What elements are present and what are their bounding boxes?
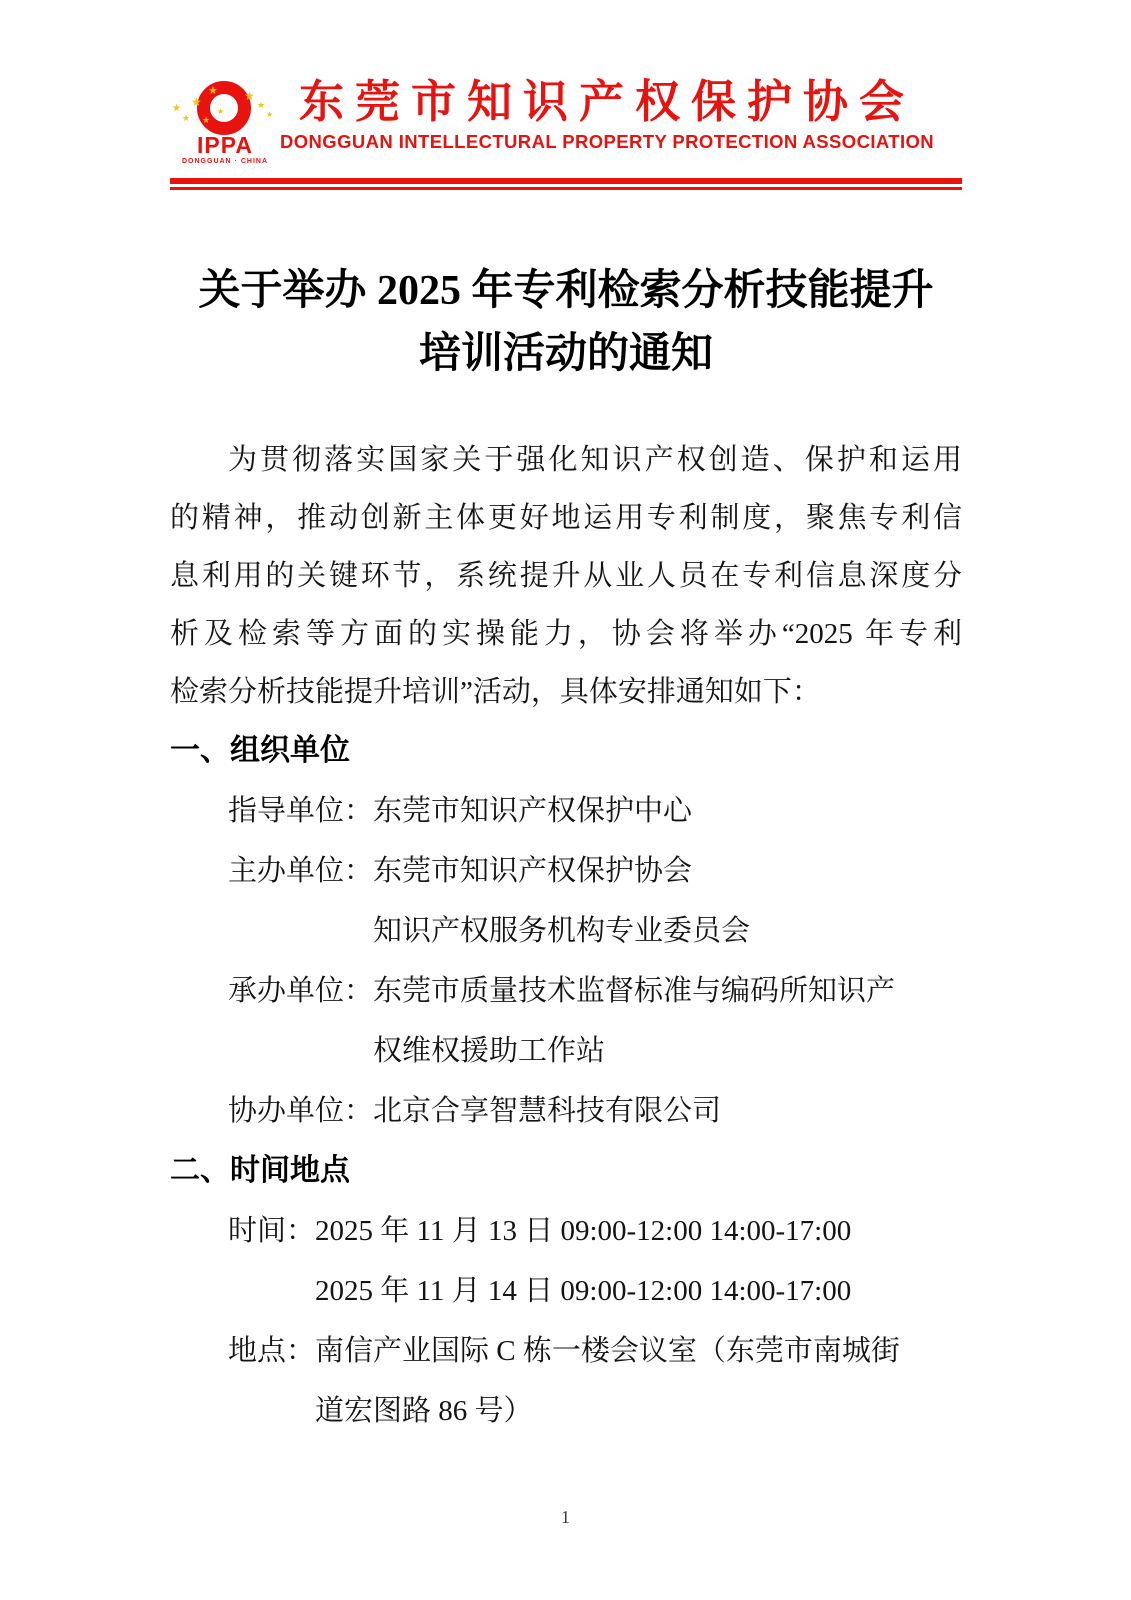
row-value: 东莞市知识产权保护中心 — [373, 795, 692, 827]
row-value: 权维权援助工作站 — [373, 1035, 605, 1067]
document-body: 为贯彻落实国家关于强化知识产权创造、保护和运用 的精神，推动创新主体更好地运用专… — [170, 431, 962, 1441]
org-row-coorganizer: 协办单位：北京合享智慧科技有限公司 — [170, 1081, 962, 1141]
row-label: 主办单位： — [228, 855, 373, 887]
schedule-row-time-day2: 2025 年 11 月 14 日 09:00-12:00 14:00-17:00 — [170, 1261, 962, 1321]
star-icon: ★ — [191, 96, 202, 108]
intro-line: 析及检索等方面的实操能力，协会将举办“2025 年专利 — [170, 605, 962, 663]
row-value: 东莞市质量技术监督标准与编码所知识产 — [373, 975, 895, 1007]
logo-acronym: IPPA — [170, 134, 280, 157]
star-icon: ★ — [182, 114, 190, 123]
org-row-undertaker-continued: 权维权援助工作站 — [170, 1021, 962, 1081]
page-number: 1 — [0, 1507, 1131, 1528]
org-row-host-continued: 知识产权服务机构专业委员会 — [170, 901, 962, 961]
intro-line: 息利用的关键环节，系统提升从业人员在专利信息深度分 — [170, 547, 962, 605]
row-value: 2025 年 11 月 14 日 09:00-12:00 14:00-17:00 — [315, 1275, 851, 1307]
org-name-chinese: 东莞市知识产权保护协会 — [280, 78, 934, 128]
section-heading-organizers: 一、组织单位 — [170, 721, 962, 781]
section-heading-time-place: 二、时间地点 — [170, 1141, 962, 1201]
row-value: 东莞市知识产权保护协会 — [373, 855, 692, 887]
row-label: 协办单位： — [228, 1095, 373, 1127]
letterhead-divider — [170, 178, 962, 190]
row-label: 承办单位： — [228, 975, 373, 1007]
org-name-english: DONGGUAN INTELLECTURAL PROPERTY PROTECTI… — [280, 131, 934, 153]
row-label: 指导单位： — [228, 795, 373, 827]
document-title: 关于举办 2025 年专利检索分析技能提升 培训活动的通知 — [170, 260, 962, 386]
row-value: 2025 年 11 月 13 日 09:00-12:00 14:00-17:00 — [315, 1215, 851, 1247]
row-label: 地点： — [228, 1335, 315, 1367]
intro-line: 的精神，推动创新主体更好地运用专利制度，聚焦专利信 — [170, 489, 962, 547]
document-title-line1: 关于举办 2025 年专利检索分析技能提升 — [170, 260, 962, 323]
row-label: 时间： — [228, 1215, 315, 1247]
row-value: 南信产业国际 C 栋一楼会议室（东莞市南城街 — [315, 1335, 900, 1367]
schedule-row-time-day1: 时间：2025 年 11 月 13 日 09:00-12:00 14:00-17… — [170, 1201, 962, 1261]
org-row-guidance: 指导单位：东莞市知识产权保护中心 — [170, 781, 962, 841]
intro-line: 检索分析技能提升培训”活动，具体安排通知如下： — [170, 663, 962, 721]
star-icon: ★ — [217, 108, 224, 116]
row-value: 知识产权服务机构专业委员会 — [373, 915, 750, 947]
notice-document-page: ★ ★ ★ ★ ★ ★ ★ ★ ★ IPPA DONGGUAN · CHINA … — [0, 0, 1131, 1600]
org-row-host: 主办单位：东莞市知识产权保护协会 — [170, 841, 962, 901]
row-value: 北京合享智慧科技有限公司 — [373, 1095, 721, 1127]
schedule-row-place-continued: 道宏图路 86 号） — [170, 1381, 962, 1441]
association-logo: ★ ★ ★ ★ ★ ★ ★ ★ ★ IPPA DONGGUAN · CHINA — [170, 74, 280, 170]
document-title-line2: 培训活动的通知 — [170, 323, 962, 386]
schedule-row-place: 地点：南信产业国际 C 栋一楼会议室（东莞市南城街 — [170, 1321, 962, 1381]
row-value: 道宏图路 86 号） — [315, 1395, 533, 1427]
org-row-undertaker: 承办单位：东莞市质量技术监督标准与编码所知识产 — [170, 961, 962, 1021]
letterhead: ★ ★ ★ ★ ★ ★ ★ ★ ★ IPPA DONGGUAN · CHINA … — [170, 74, 962, 190]
star-icon: ★ — [266, 111, 273, 119]
star-icon: ★ — [257, 101, 265, 110]
star-icon: ★ — [202, 116, 210, 125]
logo-caption: DONGGUAN · CHINA — [170, 158, 280, 165]
intro-line: 为贯彻落实国家关于强化知识产权创造、保护和运用 — [170, 431, 962, 489]
star-icon: ★ — [172, 104, 181, 114]
star-icon: ★ — [244, 90, 255, 102]
star-icon: ★ — [208, 86, 218, 97]
